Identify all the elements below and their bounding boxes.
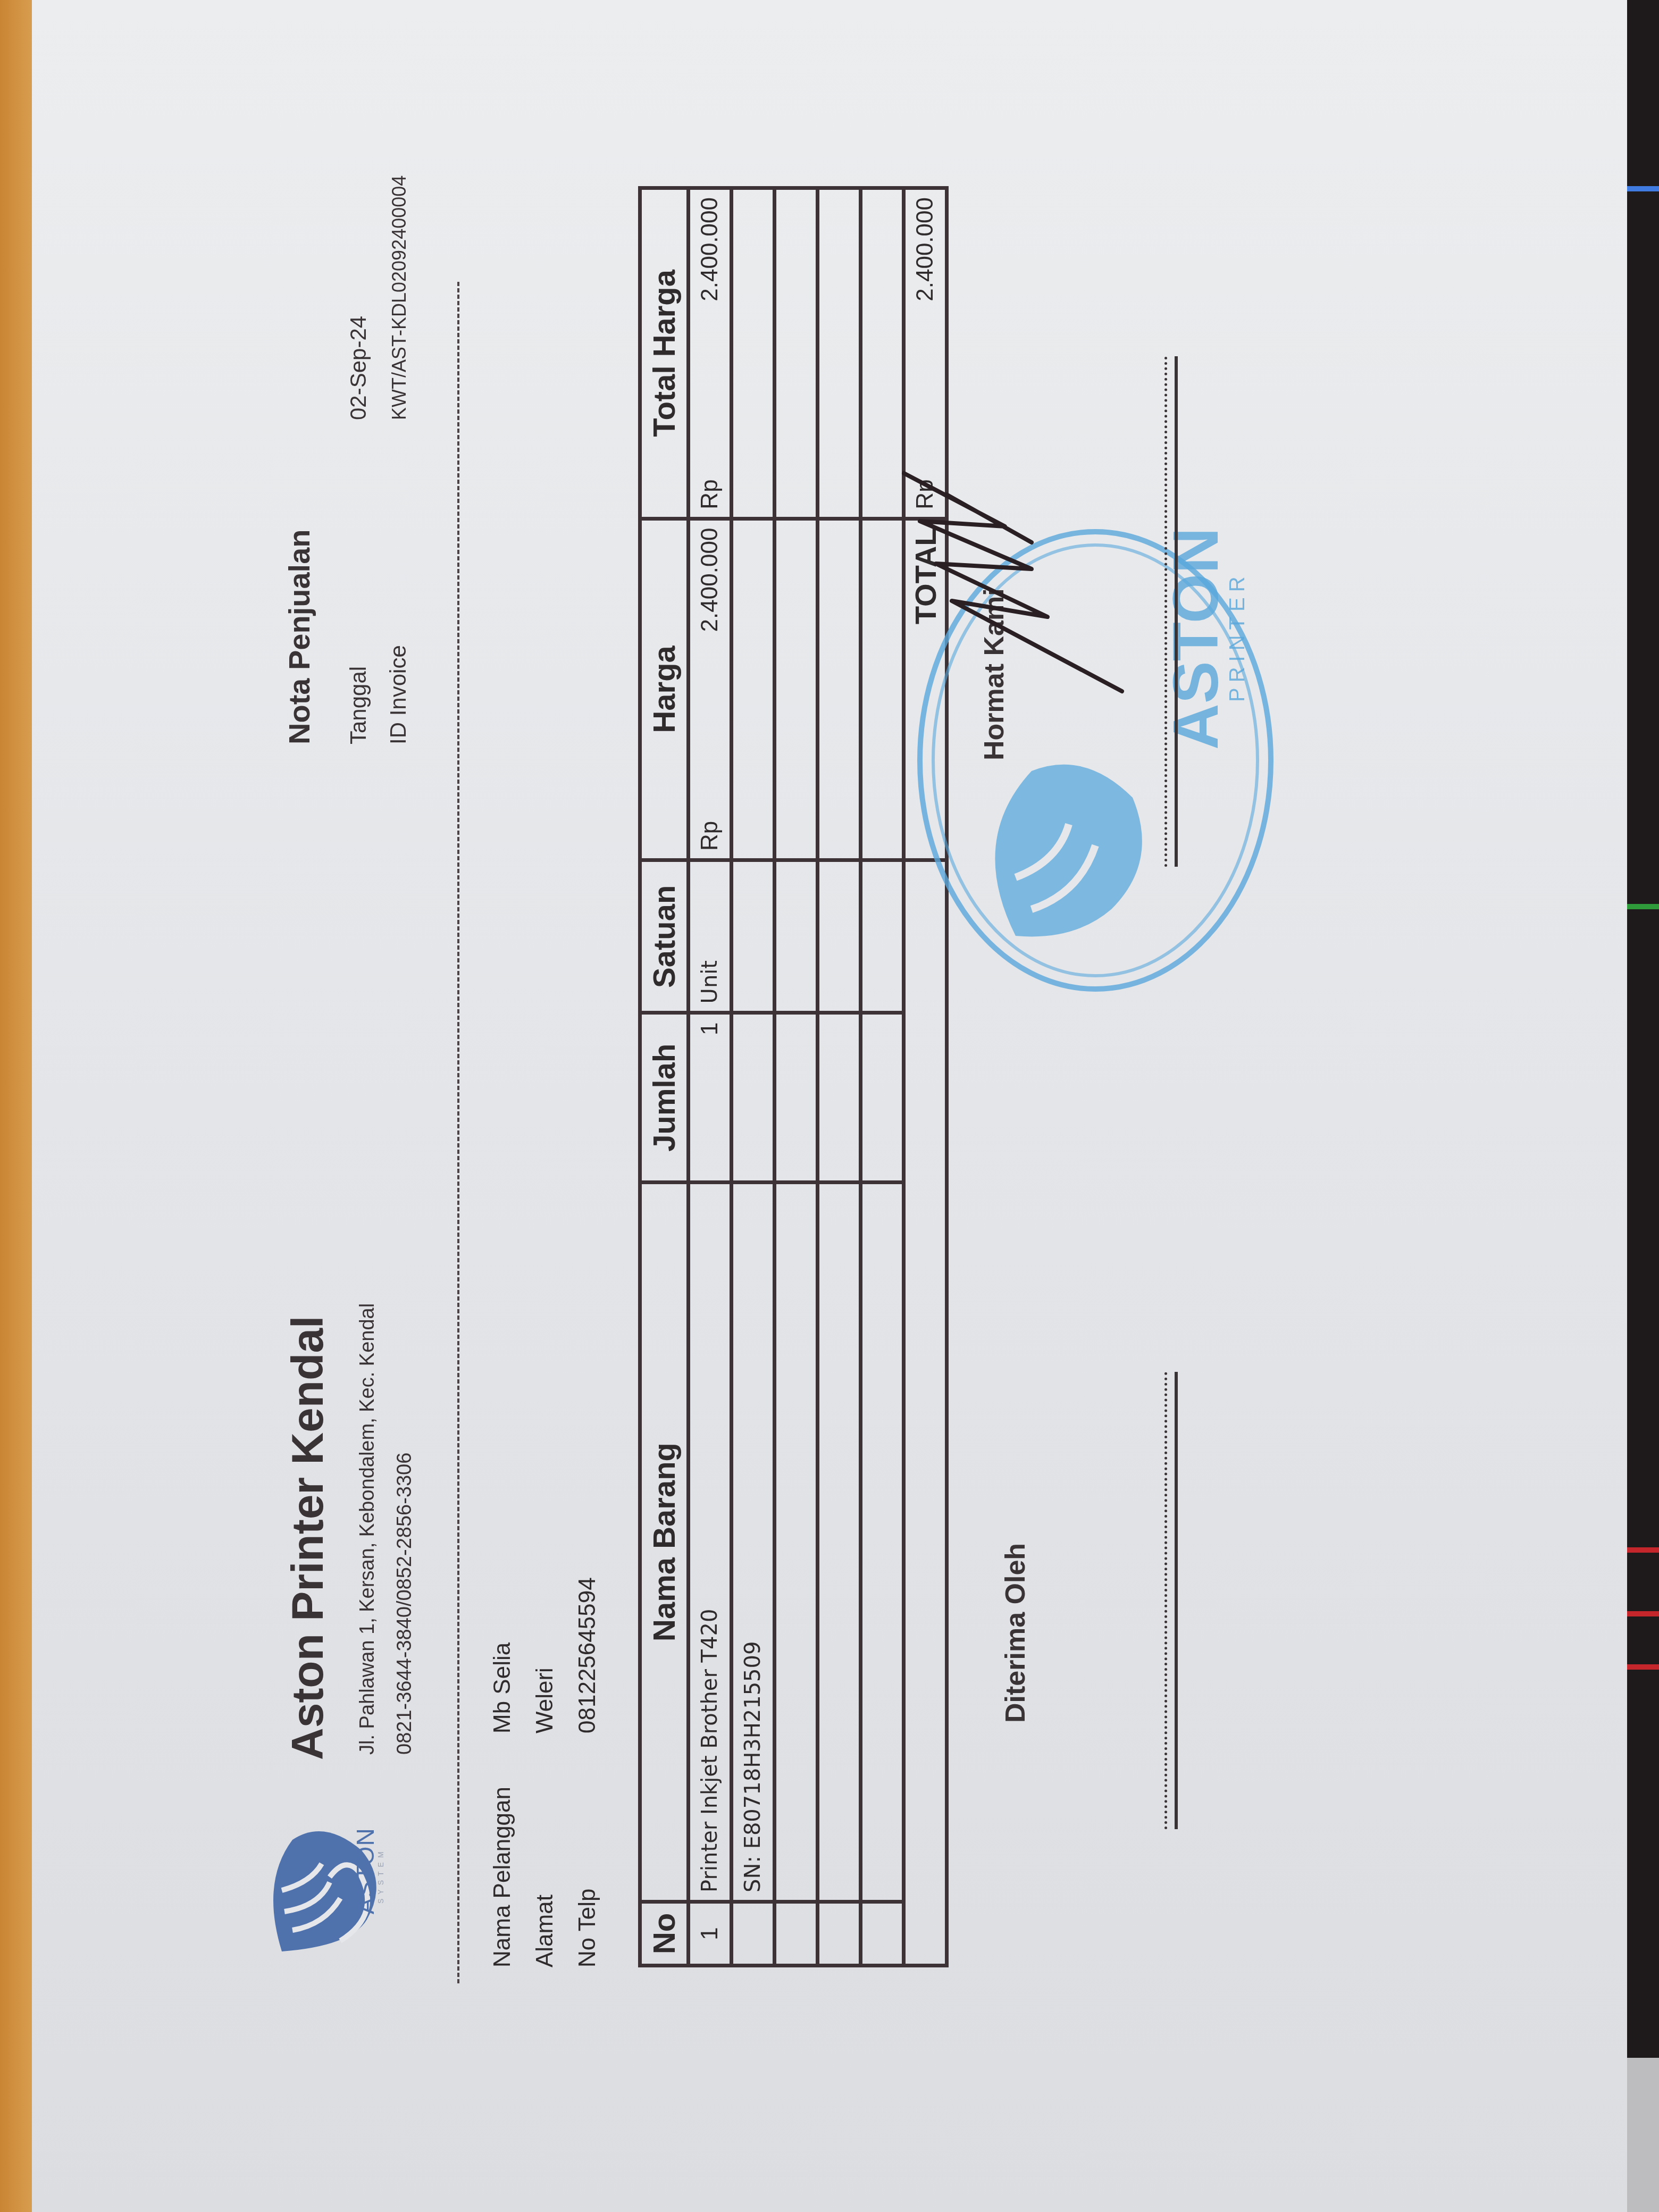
company-phone: 0821-3644-3840/0852-2856-3306 bbox=[393, 1453, 416, 1755]
header-unit: Satuan bbox=[640, 860, 689, 1013]
item-name bbox=[818, 1183, 861, 1902]
item-quantity bbox=[775, 1013, 818, 1183]
customer-address-label: Alamat bbox=[532, 1895, 558, 1967]
received-by-label: Diterima Oleh bbox=[1000, 1543, 1032, 1723]
item-total-price: Rp2.400.000 bbox=[689, 188, 732, 519]
item-price bbox=[818, 518, 861, 860]
item-price bbox=[775, 518, 818, 860]
item-name bbox=[861, 1183, 904, 1902]
table-row bbox=[818, 188, 861, 1966]
table-row: SN: E80718H3H215509 bbox=[732, 188, 775, 1966]
header-quantity: Jumlah bbox=[640, 1013, 689, 1183]
row-number: 1 bbox=[689, 1901, 732, 1965]
row-number bbox=[775, 1901, 818, 1965]
item-total-price bbox=[732, 188, 775, 519]
item-total-price-currency: Rp bbox=[697, 479, 723, 509]
item-unit: Unit bbox=[689, 860, 732, 1013]
keyboard-edge-background bbox=[1627, 0, 1659, 2212]
item-unit bbox=[732, 860, 775, 1013]
row-number bbox=[861, 1901, 904, 1965]
item-name: SN: E80718H3H215509 bbox=[732, 1183, 775, 1902]
signature-icon bbox=[872, 404, 1149, 723]
invoice-id-label: ID Invoice bbox=[386, 645, 411, 744]
invoice-id-value: KWT/AST-KDL02092400004 bbox=[388, 175, 410, 420]
item-quantity: 1 bbox=[689, 1013, 732, 1183]
date-label: Tanggal bbox=[346, 666, 371, 744]
row-number bbox=[818, 1901, 861, 1965]
row-number bbox=[732, 1901, 775, 1965]
invoice-document: ASTON SYSTEM Aston Printer Kendal Jl. Pa… bbox=[32, 0, 1627, 2212]
received-by-signature-line bbox=[1164, 1372, 1178, 1829]
customer-name-value: Mb Selia bbox=[489, 1643, 516, 1733]
item-total-price-value: 2.400.000 bbox=[697, 197, 723, 301]
item-quantity bbox=[861, 1013, 904, 1183]
regards-signature-line bbox=[1164, 356, 1178, 867]
table-row bbox=[775, 188, 818, 1966]
company-name: Aston Printer Kendal bbox=[282, 1316, 333, 1760]
item-quantity bbox=[818, 1013, 861, 1183]
logo-wordmark: ASTON bbox=[351, 1828, 380, 1914]
document-title: Nota Penjualan bbox=[282, 529, 316, 744]
item-total-price bbox=[775, 188, 818, 519]
svg-text:PRINTER: PRINTER bbox=[1226, 571, 1249, 702]
header-divider bbox=[457, 282, 459, 1983]
item-price bbox=[732, 518, 775, 860]
item-quantity bbox=[732, 1013, 775, 1183]
customer-phone-label: No Telp bbox=[574, 1889, 601, 1967]
table-row: 1Printer Inkjet Brother T4201UnitRp2.400… bbox=[689, 188, 732, 1966]
item-total-price bbox=[818, 188, 861, 519]
item-unit bbox=[818, 860, 861, 1013]
item-name bbox=[775, 1183, 818, 1902]
item-price-currency: Rp bbox=[697, 821, 723, 851]
customer-phone-value: 081225645594 bbox=[574, 1577, 601, 1733]
item-unit bbox=[775, 860, 818, 1013]
header-item-name: Nama Barang bbox=[640, 1183, 689, 1902]
header-price: Harga bbox=[640, 518, 689, 860]
header-no: No bbox=[640, 1901, 689, 1965]
table-header-row: No Nama Barang Jumlah Satuan Harga Total… bbox=[640, 188, 689, 1966]
item-price-value: 2.400.000 bbox=[697, 528, 723, 632]
item-name: Printer Inkjet Brother T420 bbox=[689, 1183, 732, 1902]
item-unit bbox=[861, 860, 904, 1013]
header-total-price: Total Harga bbox=[640, 188, 689, 519]
date-value: 02-Sep-24 bbox=[346, 316, 371, 420]
company-address: Jl. Pahlawan 1, Kersan, Kebondalem, Kec.… bbox=[356, 1303, 379, 1755]
item-price: Rp2.400.000 bbox=[689, 518, 732, 860]
logo-subword: SYSTEM bbox=[376, 1847, 385, 1904]
invoice-paper: ASTON SYSTEM Aston Printer Kendal Jl. Pa… bbox=[32, 0, 1627, 2212]
customer-name-label: Nama Pelanggan bbox=[489, 1787, 516, 1967]
grand-total-value: 2.400.000 bbox=[912, 197, 939, 301]
customer-address-value: Weleri bbox=[532, 1668, 558, 1733]
